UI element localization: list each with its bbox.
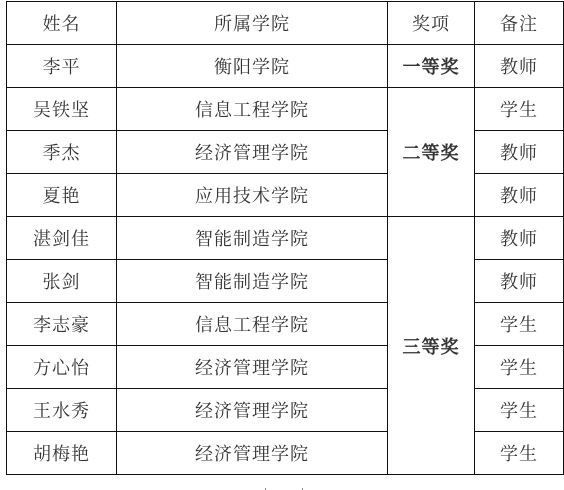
cell-note: 学生 [475,88,564,131]
cell-note: 教师 [475,174,564,217]
cell-note: 教师 [475,260,564,303]
cell-award-third: 三等奖 [388,217,475,475]
cell-name: 湛剑佳 [7,217,117,260]
table-row: 王水秀 经济管理学院 学生 [7,389,564,432]
cell-name: 方心怡 [7,346,117,389]
cell-college: 智能制造学院 [117,217,388,260]
table-row: 方心怡 经济管理学院 学生 [7,346,564,389]
cell-name: 李志豪 [7,303,117,346]
header-note: 备注 [475,2,564,45]
cell-college: 智能制造学院 [117,260,388,303]
table-row: 李平 衡阳学院 一等奖 教师 [7,45,564,88]
cell-name: 胡梅艳 [7,432,117,475]
cell-name: 夏艳 [7,174,117,217]
cell-award-second: 二等奖 [388,88,475,217]
header-college: 所属学院 [117,2,388,45]
table-row: 胡梅艳 经济管理学院 学生 [7,432,564,475]
cell-note: 学生 [475,346,564,389]
header-award: 奖项 [388,2,475,45]
cell-college: 经济管理学院 [117,346,388,389]
cell-note: 学生 [475,303,564,346]
table-row: 湛剑佳 智能制造学院 三等奖 教师 [7,217,564,260]
cell-note: 教师 [475,131,564,174]
header-name: 姓名 [7,2,117,45]
table-row: 李志豪 信息工程学院 学生 [7,303,564,346]
cell-note: 学生 [475,432,564,475]
table-row: 季杰 经济管理学院 教师 [7,131,564,174]
table-row: 夏艳 应用技术学院 教师 [7,174,564,217]
cell-note: 教师 [475,45,564,88]
cell-name: 吴铁坚 [7,88,117,131]
cell-college: 衡阳学院 [117,45,388,88]
cell-name: 王水秀 [7,389,117,432]
cell-name: 李平 [7,45,117,88]
cell-college: 信息工程学院 [117,303,388,346]
header-row: 姓名 所属学院 奖项 备注 [7,2,564,45]
cell-note: 学生 [475,389,564,432]
cell-note: 教师 [475,217,564,260]
cell-college: 应用技术学院 [117,174,388,217]
cell-college: 信息工程学院 [117,88,388,131]
cell-award-first: 一等奖 [388,45,475,88]
table-row: 吴铁坚 信息工程学院 二等奖 学生 [7,88,564,131]
cell-college: 经济管理学院 [117,389,388,432]
cell-college: 经济管理学院 [117,131,388,174]
cell-college: 经济管理学院 [117,432,388,475]
award-table: 姓名 所属学院 奖项 备注 李平 衡阳学院 一等奖 教师 吴铁坚 信息工程学院 … [6,1,564,475]
table-row: 张剑 智能制造学院 教师 [7,260,564,303]
cell-name: 季杰 [7,131,117,174]
cell-name: 张剑 [7,260,117,303]
